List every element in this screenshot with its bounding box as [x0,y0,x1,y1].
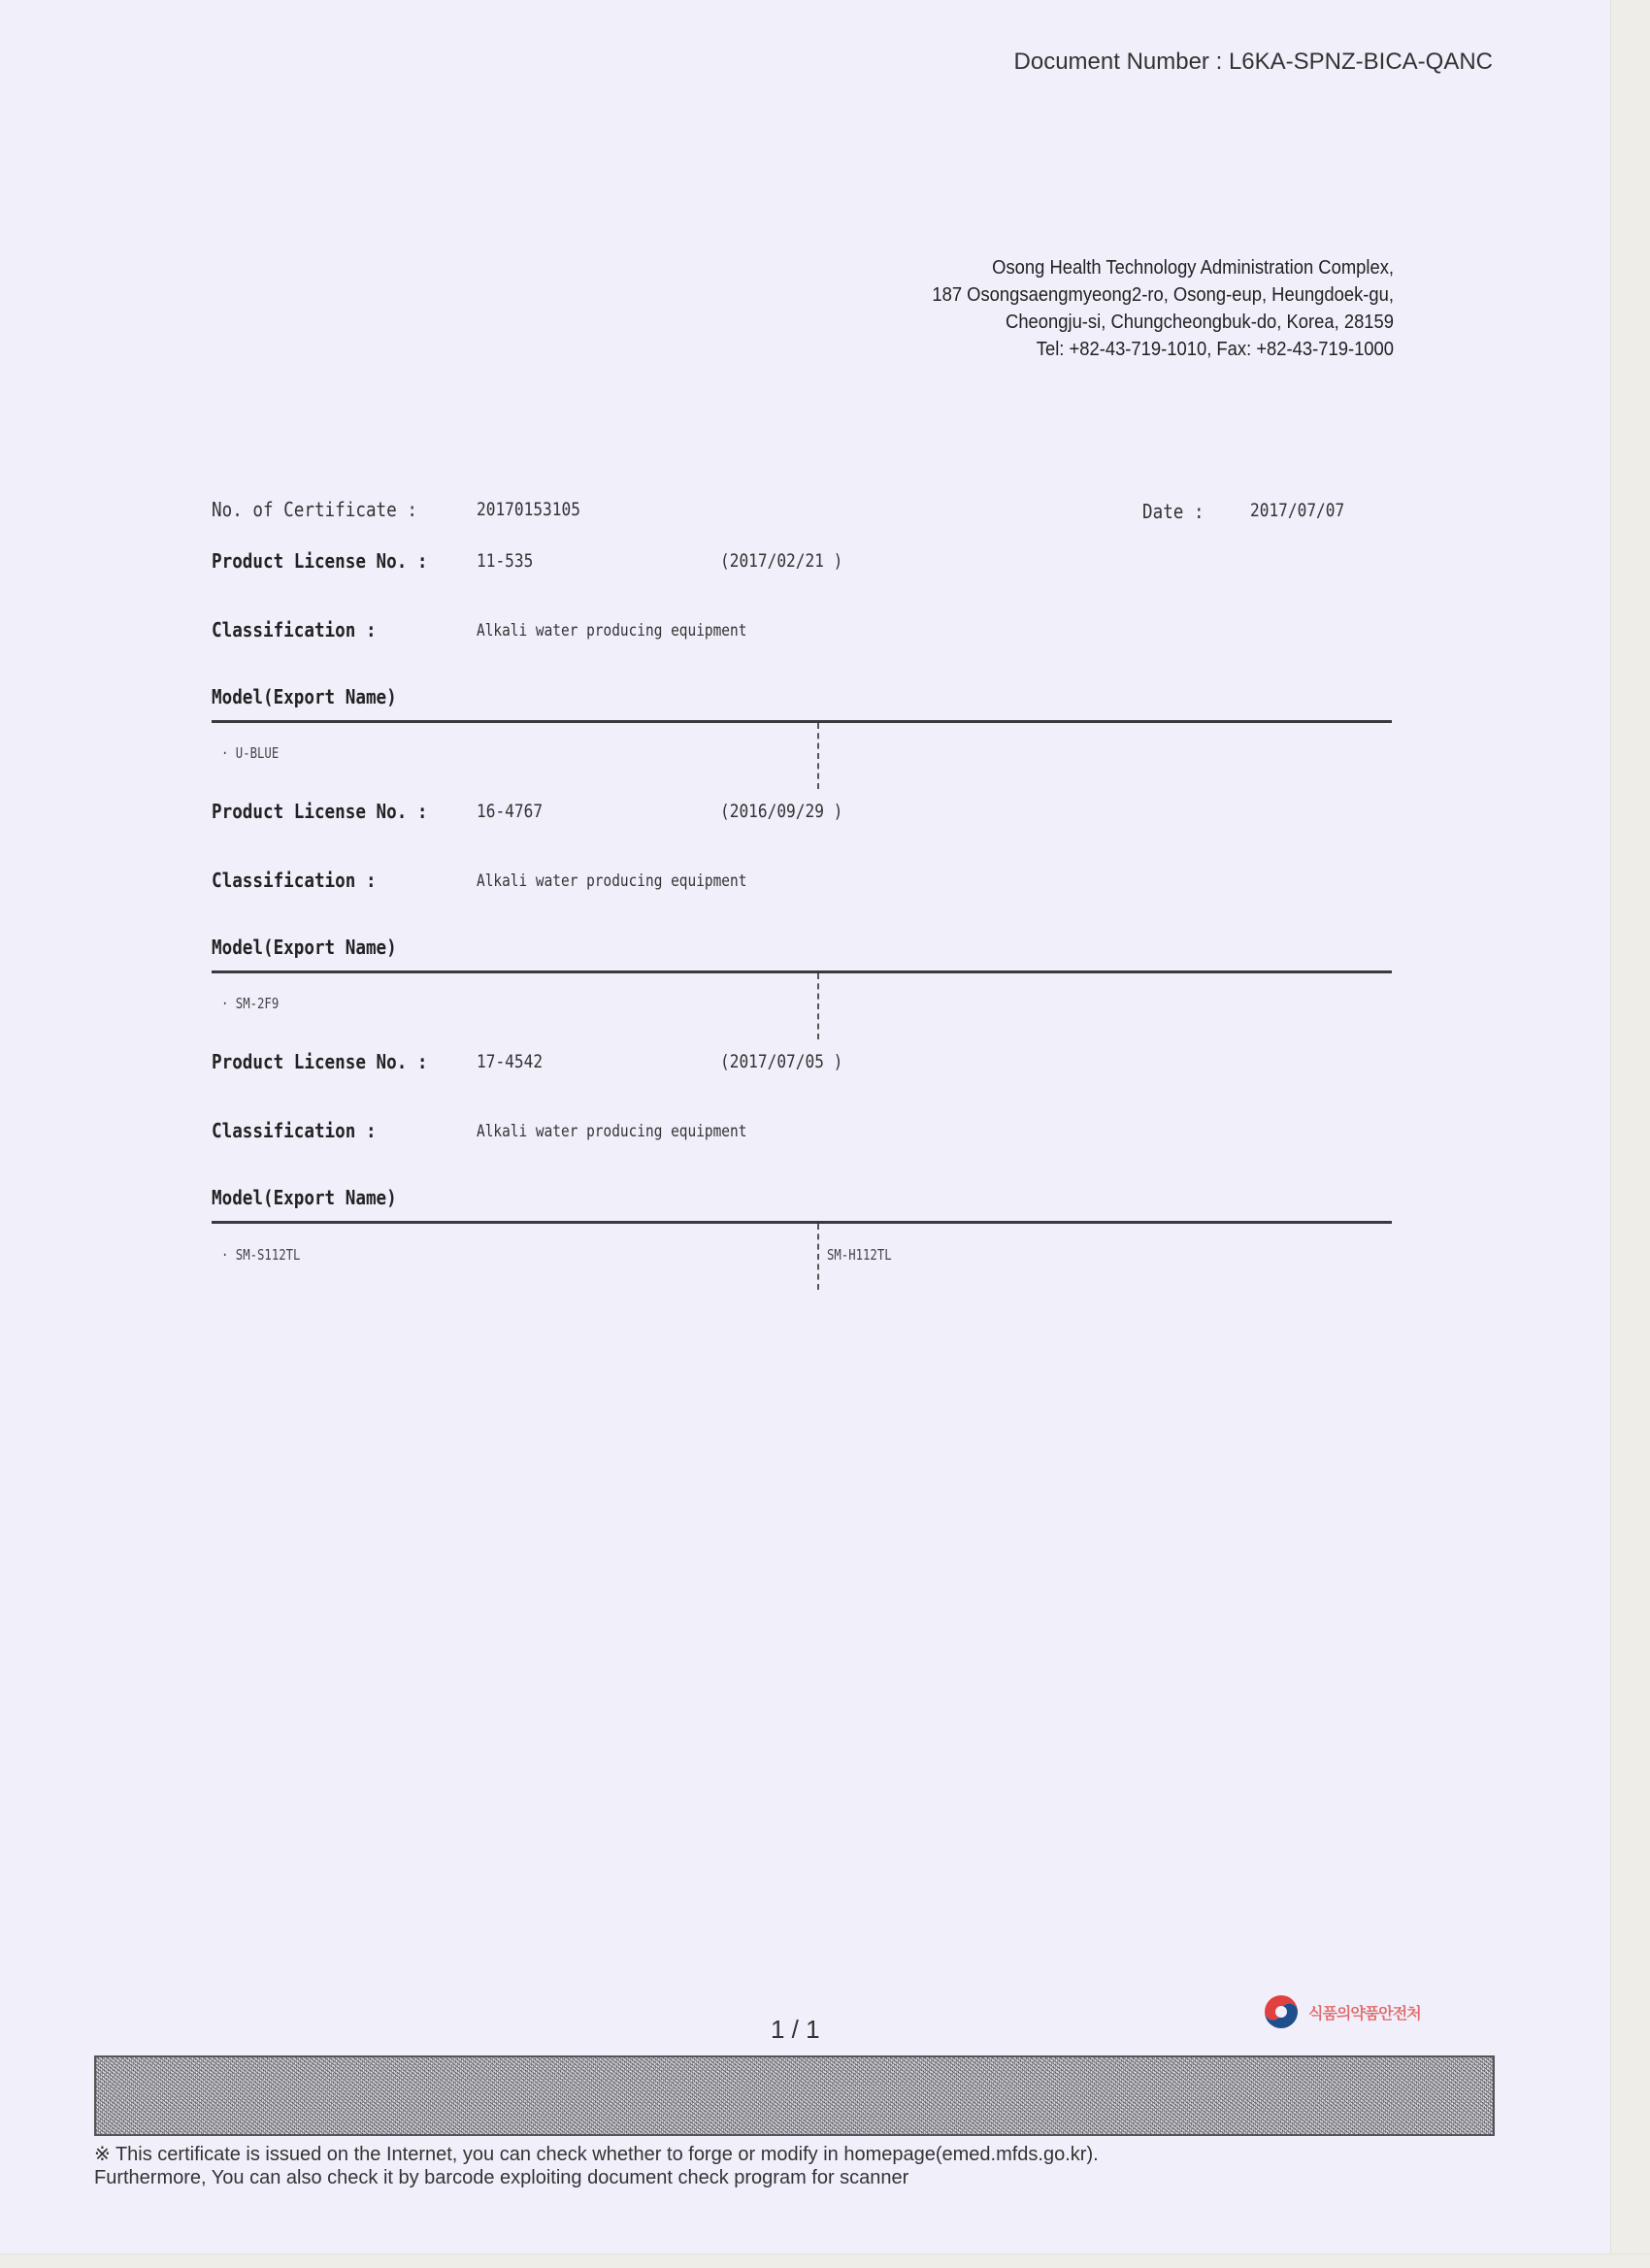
address-line: 187 Osongsaengmyeong2-ro, Osong-eup, Heu… [932,281,1394,309]
scan-edge-right [1610,0,1650,2268]
license-number: 16-4767 [477,801,543,822]
column-divider [817,1224,819,1290]
notice-line: Furthermore, You can also check it by ba… [94,2166,1099,2189]
license-label: Product License No. : [212,800,428,823]
license-label: Product License No. : [212,1050,428,1073]
issuer-address: Osong Health Technology Administration C… [932,254,1394,363]
model-label: Model(Export Name) [212,1186,397,1209]
certificate-number: 20170153105 [477,499,580,520]
certificate-number-label: No. of Certificate : [212,498,417,521]
agency-logo: 식품의약품안전처 [1262,1992,1421,2031]
model-label: Model(Export Name) [212,936,397,959]
address-line: Tel: +82-43-719-1010, Fax: +82-43-719-10… [932,336,1394,363]
mfds-taegeuk-logo-icon [1262,1992,1301,2031]
notice-line: ※ This certificate is issued on the Inte… [94,2143,1099,2166]
license-number: 11-535 [477,550,533,572]
address-line: Cheongju-si, Chungcheongbuk-do, Korea, 2… [932,309,1394,336]
verification-barcode [94,2055,1495,2136]
model-item: SM-H112TL [827,1246,892,1264]
scan-edge-bottom [0,2253,1650,2268]
document-number-label: Document Number : [1014,49,1223,75]
classification-value: Alkali water producing equipment [477,1122,746,1141]
column-divider [817,723,819,789]
column-divider [817,973,819,1039]
classification-value: Alkali water producing equipment [477,871,746,891]
model-item: · SM-S112TL [221,1246,300,1264]
section-rule [212,1221,1392,1224]
classification-label: Classification : [212,1119,377,1142]
document-number-value: L6KA-SPNZ-BICA-QANC [1229,49,1493,75]
address-line: Osong Health Technology Administration C… [932,254,1394,281]
license-label: Product License No. : [212,549,428,573]
classification-value: Alkali water producing equipment [477,621,746,641]
document-number: Document Number : L6KA-SPNZ-BICA-QANC [1014,49,1493,76]
certificate-date: 2017/07/07 [1250,500,1344,521]
agency-name: 식품의약품안전처 [1308,2001,1421,2023]
verification-notice: ※ This certificate is issued on the Inte… [94,2143,1099,2189]
license-number: 17-4542 [477,1051,543,1072]
license-date: (2017/02/21 ) [720,550,842,572]
date-label: Date : [1142,500,1204,523]
model-label: Model(Export Name) [212,685,397,708]
license-date: (2017/07/05 ) [720,1051,842,1072]
page-number: 1 / 1 [771,2015,820,2045]
section-rule [212,970,1392,973]
section-rule [212,720,1392,723]
license-date: (2016/09/29 ) [720,801,842,822]
classification-label: Classification : [212,869,377,892]
model-item: · SM-2F9 [221,995,279,1012]
model-item: · U-BLUE [221,744,279,762]
classification-label: Classification : [212,618,377,641]
